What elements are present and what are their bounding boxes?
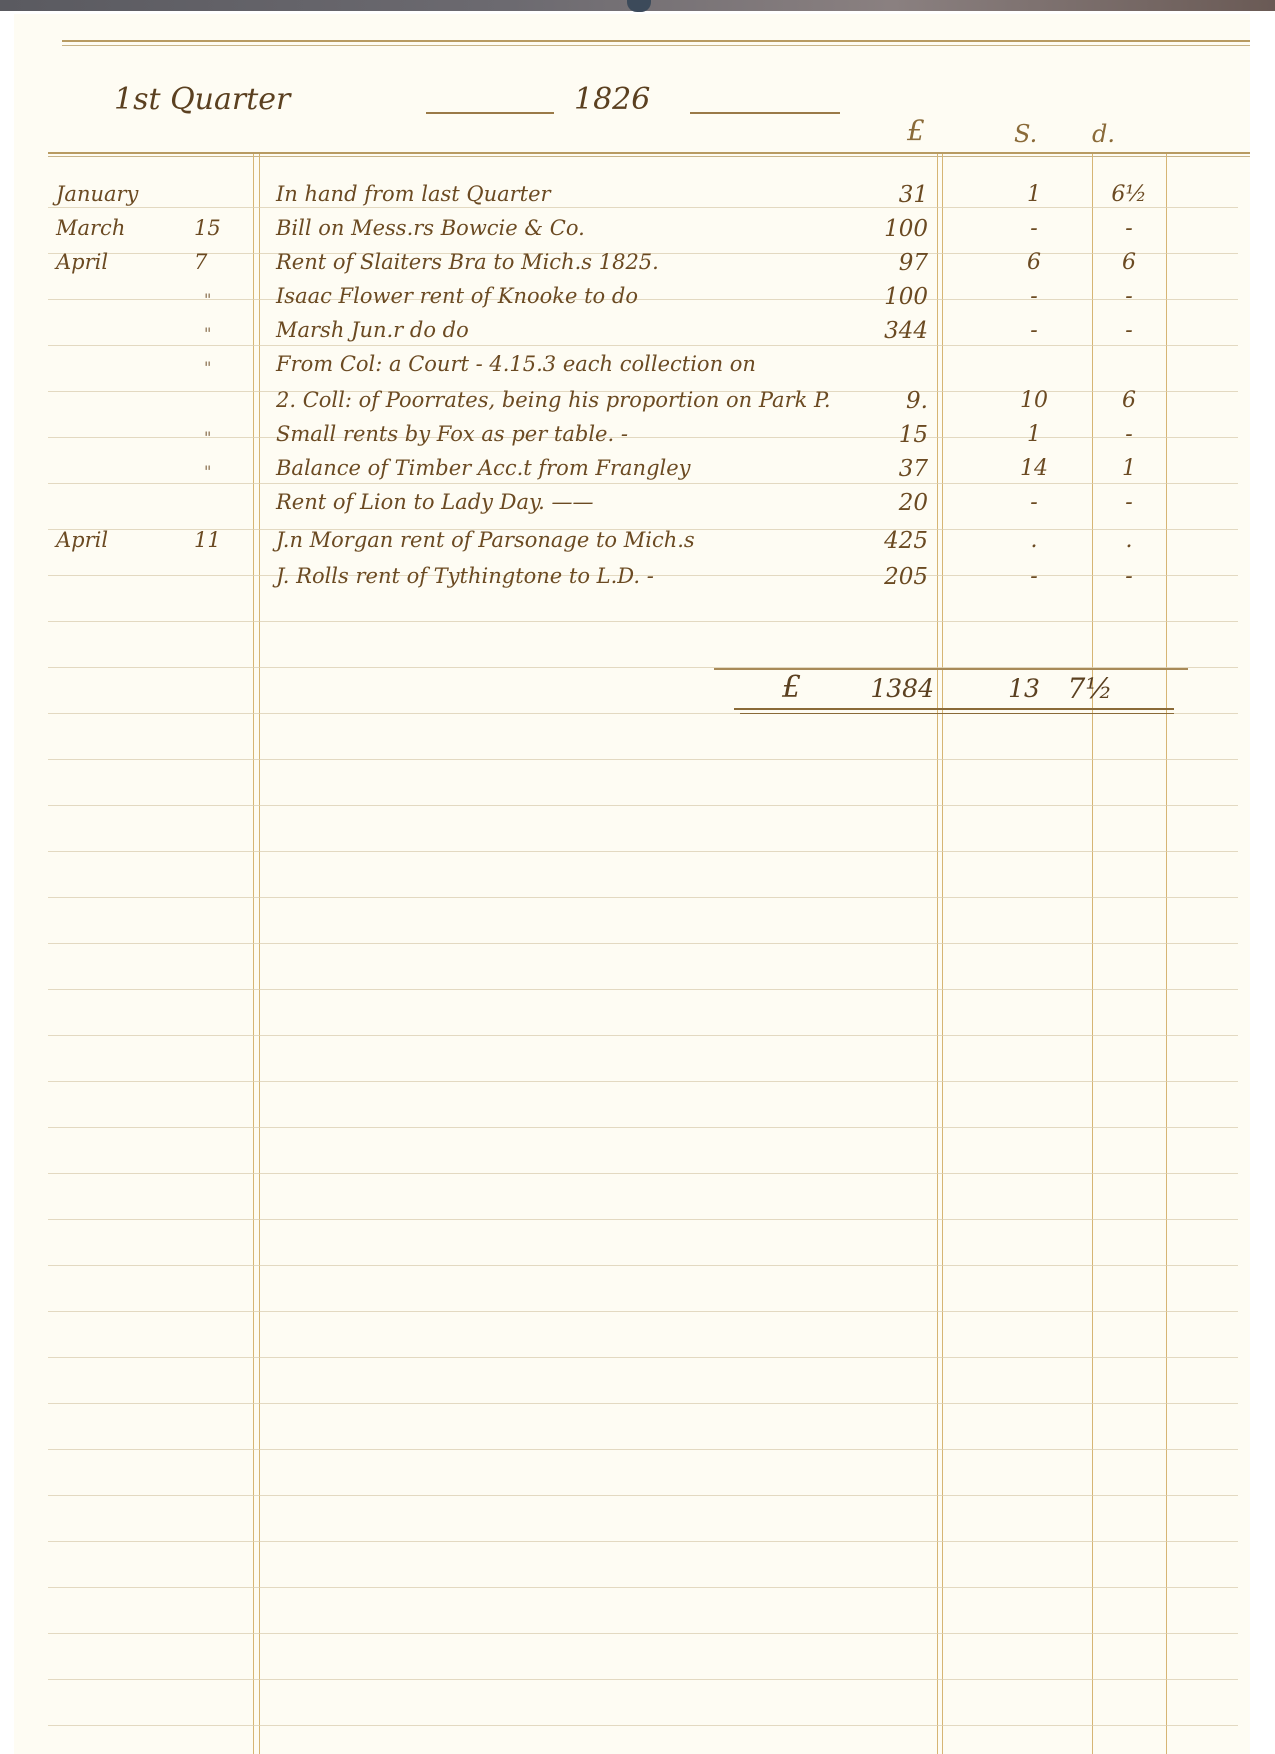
ruled-line xyxy=(48,989,1238,990)
entry-description: J.n Morgan rent of Parsonage to Mich.s xyxy=(276,528,695,552)
entry-pence: - xyxy=(1099,318,1159,343)
entry-month: January xyxy=(56,182,138,206)
ditto-mark: " xyxy=(204,428,211,447)
pence-column-rule xyxy=(1166,154,1167,1754)
year-title: 1826 xyxy=(574,82,650,117)
entry-description: Bill on Mess.rs Bowcie & Co. xyxy=(276,216,585,240)
entry-pence: - xyxy=(1099,490,1159,515)
ruled-line xyxy=(48,897,1238,898)
entry-pence: 6 xyxy=(1099,250,1159,275)
ledger-page: 1st Quarter 1826 £ S. d. JanuaryIn hand … xyxy=(14,14,1250,1754)
entry-pounds: 100 xyxy=(844,284,928,310)
ruled-line xyxy=(48,1173,1238,1174)
entry-pounds: 425 xyxy=(844,528,928,554)
entry-pence: - xyxy=(1099,284,1159,309)
entry-description: J. Rolls rent of Tythingtone to L.D. - xyxy=(276,564,654,588)
ruled-line xyxy=(48,1403,1238,1404)
entry-month: April xyxy=(56,528,108,552)
ruled-line xyxy=(48,1449,1238,1450)
top-rule xyxy=(62,40,1250,42)
shillings-column-header: S. xyxy=(1014,120,1037,148)
entry-month: March xyxy=(56,216,125,240)
entry-description: Rent of Slaiters Bra to Mich.s 1825. xyxy=(276,250,659,274)
entry-description: From Col: a Court - 4.15.3 each collecti… xyxy=(276,352,756,376)
ruled-line xyxy=(48,759,1238,760)
ditto-mark: " xyxy=(204,324,211,343)
ruled-line xyxy=(48,1265,1238,1266)
ruled-line xyxy=(48,621,1238,622)
total-double-rule-1 xyxy=(734,708,1174,710)
pounds-column-rule xyxy=(937,154,938,1754)
entry-pence: 1 xyxy=(1099,456,1159,481)
entry-pounds: 31 xyxy=(844,182,928,208)
entry-day: 11 xyxy=(194,528,221,552)
total-shillings: 13 xyxy=(994,674,1054,703)
entry-description: Rent of Lion to Lady Day. —— xyxy=(276,490,593,514)
entry-pence: 6 xyxy=(1099,388,1159,413)
entry-shillings: - xyxy=(1004,284,1064,309)
ruled-line xyxy=(48,1679,1238,1680)
entry-pence: - xyxy=(1099,564,1159,589)
entry-pence: 6½ xyxy=(1099,182,1159,207)
entry-shillings: - xyxy=(1004,216,1064,241)
entry-pounds: 205 xyxy=(844,564,928,590)
ruled-line xyxy=(48,1081,1238,1082)
ruled-line xyxy=(48,1219,1238,1220)
title-dash-left xyxy=(426,112,554,114)
ruled-line xyxy=(48,1311,1238,1312)
entry-pounds: 37 xyxy=(844,456,928,482)
quarter-title: 1st Quarter xyxy=(114,82,290,117)
shillings-column-rule xyxy=(1092,154,1093,1754)
entry-shillings: 1 xyxy=(1004,182,1064,207)
ruled-line xyxy=(48,1035,1238,1036)
pence-column-header: d. xyxy=(1092,120,1115,148)
ruled-line xyxy=(48,1725,1238,1726)
ruled-line xyxy=(48,1357,1238,1358)
ruled-line xyxy=(48,1495,1238,1496)
entry-shillings: 6 xyxy=(1004,250,1064,275)
entry-pence: - xyxy=(1099,422,1159,447)
entry-shillings: . xyxy=(1004,528,1064,553)
ruled-line xyxy=(48,207,1238,208)
entry-description: Isaac Flower rent of Knooke to do xyxy=(276,284,638,308)
title-dash-right xyxy=(690,112,840,114)
total-double-rule-2 xyxy=(740,713,1174,714)
entry-pounds: 9. xyxy=(844,388,928,414)
date-column-rule xyxy=(253,154,254,1754)
ruled-line xyxy=(48,943,1238,944)
ruled-line xyxy=(48,851,1238,852)
ruled-line xyxy=(48,1127,1238,1128)
pounds-column-header: £ xyxy=(907,114,925,147)
entry-shillings: - xyxy=(1004,564,1064,589)
entry-pounds: 15 xyxy=(844,422,928,448)
ruled-line xyxy=(48,1633,1238,1634)
entry-description: 2. Coll: of Poorrates, being his proport… xyxy=(276,388,831,412)
entry-pounds: 100 xyxy=(844,216,928,242)
header-rule-inner xyxy=(48,156,1250,157)
total-pence: 7½ xyxy=(1060,672,1120,705)
entry-day: 7 xyxy=(194,250,207,274)
total-pound-symbol: £ xyxy=(782,670,801,705)
ruled-line xyxy=(48,345,1238,346)
entry-description: Marsh Jun.r do do xyxy=(276,318,469,342)
ditto-mark: " xyxy=(204,462,211,481)
entry-shillings: - xyxy=(1004,318,1064,343)
entry-month: April xyxy=(56,250,108,274)
ruled-line xyxy=(48,1541,1238,1542)
entry-description: Small rents by Fox as per table. - xyxy=(276,422,628,446)
date-column-rule-2 xyxy=(259,154,260,1754)
pounds-column-rule-2 xyxy=(942,154,943,1754)
entry-pounds: 344 xyxy=(844,318,928,344)
entry-description: Balance of Timber Acc.t from Frangley xyxy=(276,456,691,480)
entry-shillings: 1 xyxy=(1004,422,1064,447)
entry-shillings: - xyxy=(1004,490,1064,515)
entry-description: In hand from last Quarter xyxy=(276,182,551,206)
ditto-mark: " xyxy=(204,358,211,377)
entry-pence: - xyxy=(1099,216,1159,241)
entry-day: 15 xyxy=(194,216,221,240)
ruled-line xyxy=(48,483,1238,484)
total-pounds: 1384 xyxy=(854,674,934,703)
top-rule-inner xyxy=(62,45,1250,46)
header-rule xyxy=(48,152,1250,154)
entry-shillings: 14 xyxy=(1004,456,1064,481)
entry-pounds: 20 xyxy=(844,490,928,516)
ditto-mark: " xyxy=(204,290,211,309)
ruled-line xyxy=(48,805,1238,806)
entry-shillings: 10 xyxy=(1004,388,1064,413)
entry-pence: . xyxy=(1099,528,1159,553)
ruled-line xyxy=(48,1587,1238,1588)
entry-pounds: 97 xyxy=(844,250,928,276)
